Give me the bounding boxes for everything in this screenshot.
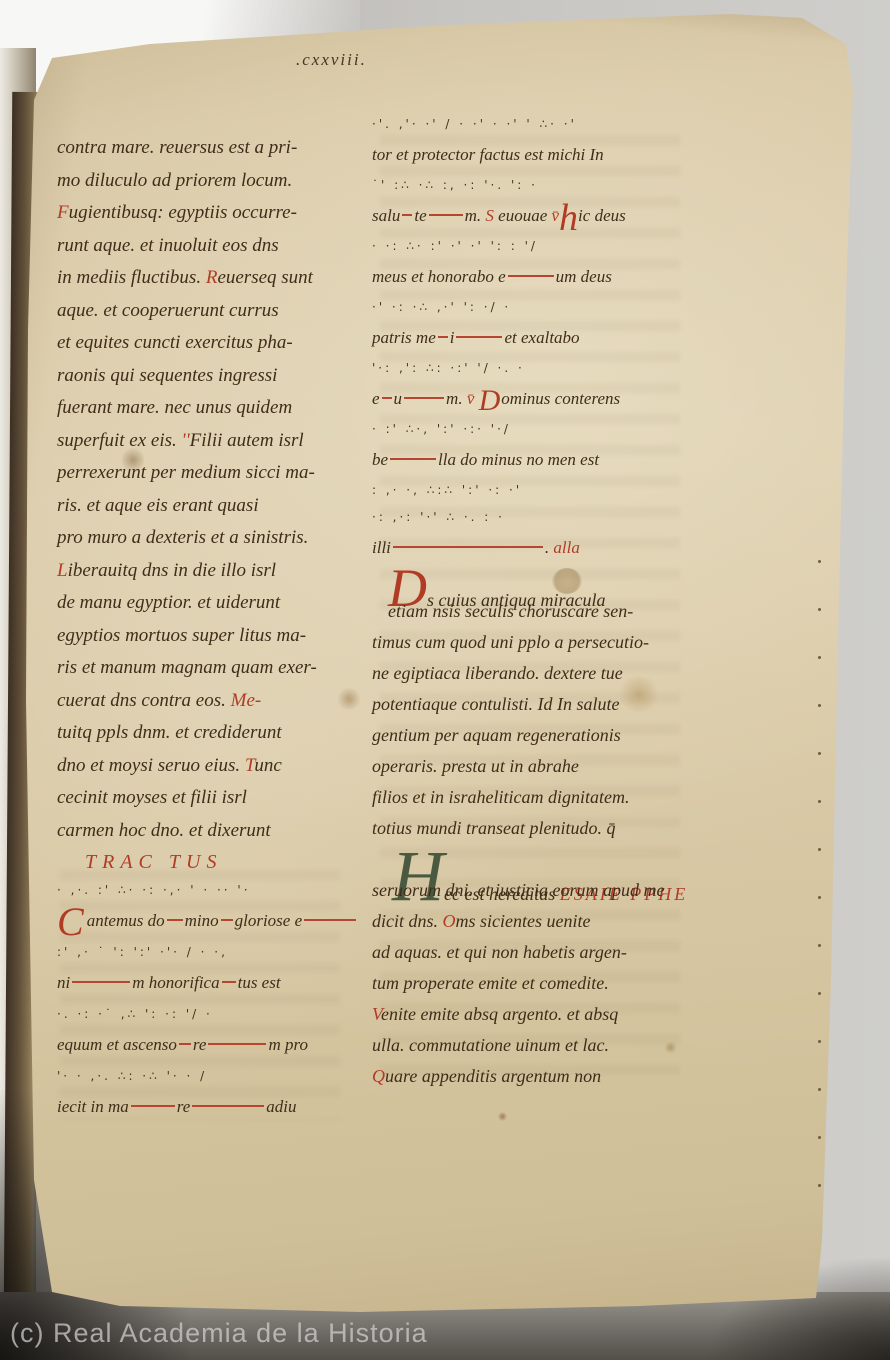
illuminated-initial: h <box>559 197 578 239</box>
text-segment: operaris. presta ut in abrahe <box>372 756 579 776</box>
neume-row: ·: ,·: '·' ∴ ·. : · <box>372 505 690 532</box>
text-segment: contra mare. reuersus est a pri- <box>57 137 297 158</box>
text-segment: egyptios mortuos super litus ma- <box>57 625 306 646</box>
manuscript-text-line: ne egiptiaca liberando. dextere tue <box>372 659 690 690</box>
text-segment: cuerat dns contra eos. <box>57 690 231 711</box>
neume-row: ·' ·: ·∴ ,·' ': ·/ · <box>372 295 690 322</box>
text-segment: ominus conterens <box>501 389 620 408</box>
manuscript-text-line: in mediis fluctibus. Reuerseq sunt <box>57 263 349 296</box>
text-segment: enite emite absq argento. et absq <box>381 1004 618 1024</box>
text-segment: antemus do <box>87 911 165 930</box>
text-segment: V <box>372 1004 381 1024</box>
melisma-extension-line <box>167 919 183 922</box>
text-segment: O <box>443 911 456 931</box>
melisma-extension-line <box>222 981 236 984</box>
text-segment: tus est <box>238 973 281 992</box>
text-segment: iberauitq dns in die illo isrl <box>68 560 276 581</box>
manuscript-text-line: cuerat dns contra eos. Me- <box>57 686 349 719</box>
text-segment: T <box>245 755 255 776</box>
manuscript-text-line: ulla. commutatione uinum et lac. <box>372 1031 690 1062</box>
text-segment: re <box>177 1097 191 1116</box>
text-segment: de manu egyptior. et uiderunt <box>57 592 280 613</box>
text-segment: R <box>206 267 218 288</box>
text-segment: filios et in israheliticam dignitatem. <box>372 787 629 807</box>
text-segment: ris. et aque eis erant quasi <box>57 495 259 516</box>
chant-text-line: iecit in mareadiu <box>57 1090 349 1126</box>
text-segment: '' <box>182 430 190 451</box>
melisma-extension-line <box>393 546 543 549</box>
neume-row: '·: ,': ∴: ·:' '/ ·. · <box>372 356 690 383</box>
melisma-extension-line <box>192 1105 264 1108</box>
text-segment: unc <box>254 755 281 776</box>
melisma-extension-line <box>382 397 392 400</box>
manuscript-text-line: Venite emite absq argento. et absq <box>372 1000 690 1031</box>
chant-text-line: eum. v̄ Dominus conterens <box>372 383 690 417</box>
manuscript-text-line: timus cum quod uni pplo a persecutio- <box>372 628 690 659</box>
text-segment: gentium per aquam regenerationis <box>372 725 621 745</box>
manuscript-text-line: tuitq ppls dnm. et crediderunt <box>57 718 349 751</box>
manuscript-text-line: cecinit moyses et filii isrl <box>57 783 349 816</box>
text-segment: tum properate emite et comedite. <box>372 973 609 993</box>
copyright-watermark: (c) Real Academia de la Historia <box>10 1318 428 1349</box>
text-segment: aque. et cooperuerunt currus <box>57 300 279 321</box>
text-segment: alla <box>553 538 579 557</box>
manuscript-text-line: tum properate emite et comedite. <box>372 969 690 1000</box>
parchment-stain <box>498 1112 507 1121</box>
manuscript-text-line: ris. et aque eis erant quasi <box>57 491 349 524</box>
text-segment: gloriose e <box>235 911 303 930</box>
neume-row: :' ,· ˙ ': ':' ·'· / · ·, <box>57 940 349 966</box>
text-segment: um deus <box>556 267 612 286</box>
text-segment: et equites cuncti exercitus pha- <box>57 332 293 353</box>
manuscript-text-line: Liberauitq dns in die illo isrl <box>57 556 349 589</box>
manuscript-text-line: aque. et cooperuerunt currus <box>57 296 349 329</box>
text-segment: S <box>485 206 498 225</box>
text-segment: lla do minus no men est <box>438 450 599 469</box>
chant-text-line: tor et protector factus est michi In <box>372 139 690 173</box>
chant-text-line: bella do minus no men est <box>372 444 690 478</box>
text-segment: ne egiptiaca liberando. dextere tue <box>372 663 623 683</box>
text-segment: adiu <box>266 1097 296 1116</box>
chant-rubric: TRAC TUS <box>57 848 349 878</box>
text-segment: patris me <box>372 328 436 347</box>
chant-text-line: Cantemus dominogloriose e <box>57 904 349 940</box>
manuscript-text-line: gentium per aquam regenerationis <box>372 721 690 752</box>
manuscript-photo: .cxxviii. contra mare. reuersus est a pr… <box>0 0 890 1360</box>
manuscript-text-line: Hec est hereditas ESAIE PPHE <box>372 845 690 876</box>
text-segment: potentiaque contulisti. Id In salute <box>372 694 619 714</box>
manuscript-text-line: runt aque. et inuoluit eos dns <box>57 231 349 264</box>
manuscript-text-line: contra mare. reuersus est a pri- <box>57 133 349 166</box>
text-segment: salu <box>372 206 400 225</box>
manuscript-text-line: et equites cuncti exercitus pha- <box>57 328 349 361</box>
text-segment: dicit dns. <box>372 911 443 931</box>
text-segment: etiam nsis seculis choruscare sen- <box>388 601 633 621</box>
text-segment: be <box>372 450 388 469</box>
manuscript-text-line: potentiaque contulisti. Id In salute <box>372 690 690 721</box>
neume-row: ˙' :∴ ·∴ :, ·: '·. ': · <box>372 173 690 200</box>
text-segment: iecit in ma <box>57 1097 129 1116</box>
pricking-holes <box>818 560 821 563</box>
manuscript-text-line: dno et moysi seruo eius. Tunc <box>57 751 349 784</box>
text-segment: ms sicientes uenite <box>456 911 591 931</box>
text-segment: v̄ <box>467 389 479 408</box>
manuscript-text-line: de manu egyptior. et uiderunt <box>57 588 349 621</box>
manuscript-text-line: carmen hoc dno. et dixerunt <box>57 816 349 849</box>
manuscript-text-line: ad aquas. et qui non habetis argen- <box>372 938 690 969</box>
text-segment: superfuit ex eis. <box>57 430 182 451</box>
folio-number: .cxxviii. <box>296 50 367 70</box>
text-segment: in mediis fluctibus. <box>57 267 206 288</box>
chant-text-line: equum et ascensorem pro <box>57 1028 349 1064</box>
text-segment: v̄ <box>552 206 560 225</box>
melisma-extension-line <box>131 1105 175 1108</box>
text-segment: raonis qui sequentes ingressi <box>57 365 277 386</box>
text-segment: carmen hoc dno. et dixerunt <box>57 820 271 841</box>
manuscript-text-line: filios et in israheliticam dignitatem. <box>372 783 690 814</box>
manuscript-text-line: Quare appenditis argentum non <box>372 1062 690 1093</box>
manuscript-text-line: operaris. presta ut in abrahe <box>372 752 690 783</box>
text-segment: re <box>193 1035 207 1054</box>
chant-text-line: meus et honorabo eum deus <box>372 261 690 295</box>
text-segment: mino <box>185 911 219 930</box>
neume-row: · :' ∴·, ':' ·:· '·/ <box>372 417 690 444</box>
text-segment: fuerant mare. nec unus quidem <box>57 397 292 418</box>
text-segment: TRAC TUS <box>85 851 222 873</box>
neume-row: '· · ,·. ∴: ·∴ '· · / <box>57 1064 349 1090</box>
melisma-extension-line <box>438 336 448 339</box>
text-segment: Q <box>372 1066 385 1086</box>
melisma-extension-line <box>508 275 554 278</box>
text-segment: dno et moysi seruo eius. <box>57 755 245 776</box>
manuscript-text-line: ris et manum magnam quam exer- <box>57 653 349 686</box>
neume-row: ·'. ,'· ·' / · ·' · ·' ' ∴· ·' <box>372 112 690 139</box>
melisma-extension-line <box>179 1043 191 1046</box>
text-segment: uare appenditis argentum non <box>385 1066 601 1086</box>
text-segment: ris et manum magnam quam exer- <box>57 657 317 678</box>
text-segment: tor et protector factus est michi In <box>372 145 604 164</box>
text-segment: equum et ascenso <box>57 1035 177 1054</box>
chant-text-line: nim honorificatus est <box>57 966 349 1002</box>
text-segment: euerseq sunt <box>217 267 313 288</box>
manuscript-text-line: etiam nsis seculis choruscare sen- <box>372 597 690 628</box>
text-segment: Filii autem isrl <box>190 430 304 451</box>
text-segment: ic deus <box>578 206 626 225</box>
neume-row: · ·: ∴· :' ·' ·' ': : '/ <box>372 234 690 261</box>
manuscript-text-line: pro muro a dexteris et a sinistris. <box>57 523 349 556</box>
text-segment: Me- <box>231 690 262 711</box>
illuminated-initial: D <box>479 384 501 417</box>
text-segment: euouae <box>498 206 551 225</box>
text-segment: ulla. commutatione uinum et lac. <box>372 1035 609 1055</box>
text-segment: m pro <box>268 1035 308 1054</box>
text-segment: totius mundi transeat plenitudo. q̄ <box>372 818 616 838</box>
melisma-extension-line <box>402 214 412 217</box>
neume-row: · ,·. :' ∴· ·: ·,· ' · ·· '· <box>57 878 349 904</box>
melisma-extension-line <box>404 397 444 400</box>
manuscript-text-line: egyptios mortuos super litus ma- <box>57 621 349 654</box>
manuscript-text-line: perrexerunt per medium sicci ma- <box>57 458 349 491</box>
illuminated-initial: F <box>57 202 69 223</box>
manuscript-text-line: dicit dns. Oms sicientes uenite <box>372 907 690 938</box>
text-segment: L <box>57 560 68 581</box>
text-segment: ugientibusq: egyptiis occurre- <box>69 202 297 223</box>
text-segment: cecinit moyses et filii isrl <box>57 787 247 808</box>
text-segment: runt aque. et inuoluit eos dns <box>57 235 279 256</box>
text-segment: mo diluculo ad priorem locum. <box>57 170 292 191</box>
melisma-extension-line <box>221 919 233 922</box>
text-segment: illi <box>372 538 391 557</box>
text-segment: ad aquas. et qui non habetis argen- <box>372 942 627 962</box>
text-segment: m. <box>446 389 467 408</box>
manuscript-text-line: mo diluculo ad priorem locum. <box>57 166 349 199</box>
melisma-extension-line <box>429 214 463 217</box>
melisma-extension-line <box>304 919 356 922</box>
chant-text-line: patris meiet exaltabo <box>372 322 690 356</box>
text-segment: te <box>414 206 426 225</box>
neume-row: : ,· ·, ∴:∴ ':' ·: ·' <box>372 478 690 505</box>
manuscript-text-line: superfuit ex eis. ''Filii autem isrl <box>57 426 349 459</box>
neume-row: ·. ·: ·˙ ,∴ ': ·: '/ · <box>57 1002 349 1028</box>
text-segment: timus cum quod uni pplo a persecutio- <box>372 632 649 652</box>
text-segment: et exaltabo <box>504 328 579 347</box>
text-segment: meus et honorabo e <box>372 267 506 286</box>
melisma-extension-line <box>390 458 436 461</box>
manuscript-text-line: Fugientibusq: egyptiis occurre- <box>57 198 349 231</box>
manuscript-text-line: raonis qui sequentes ingressi <box>57 361 349 394</box>
manuscript-text-line: Ds cuius antiqua miracula <box>372 566 690 597</box>
manuscript-text-line: fuerant mare. nec unus quidem <box>57 393 349 426</box>
text-segment: tuitq ppls dnm. et crediderunt <box>57 722 282 743</box>
text-segment: e <box>372 389 380 408</box>
melisma-extension-line <box>456 336 502 339</box>
illuminated-initial: C <box>57 899 84 944</box>
left-text-column: contra mare. reuersus est a pri-mo diluc… <box>57 133 349 1126</box>
melisma-extension-line <box>72 981 130 984</box>
text-segment: perrexerunt per medium sicci ma- <box>57 462 315 483</box>
text-segment: m honorifica <box>132 973 219 992</box>
text-segment: m. <box>465 206 486 225</box>
text-segment: pro muro a dexteris et a sinistris. <box>57 527 308 548</box>
text-segment: u <box>394 389 403 408</box>
text-segment: i <box>450 328 455 347</box>
chant-text-line: salutem. S euouae v̄hic deus <box>372 200 690 234</box>
text-segment: ni <box>57 973 70 992</box>
melisma-extension-line <box>208 1043 266 1046</box>
manuscript-text-line: seruorum dni. et iusticia eorum apud me <box>372 876 690 907</box>
text-segment: seruorum dni. et iusticia eorum apud me <box>372 880 664 900</box>
right-text-column: ·'. ,'· ·' / · ·' · ·' ' ∴· ·'tor et pro… <box>372 112 690 1093</box>
